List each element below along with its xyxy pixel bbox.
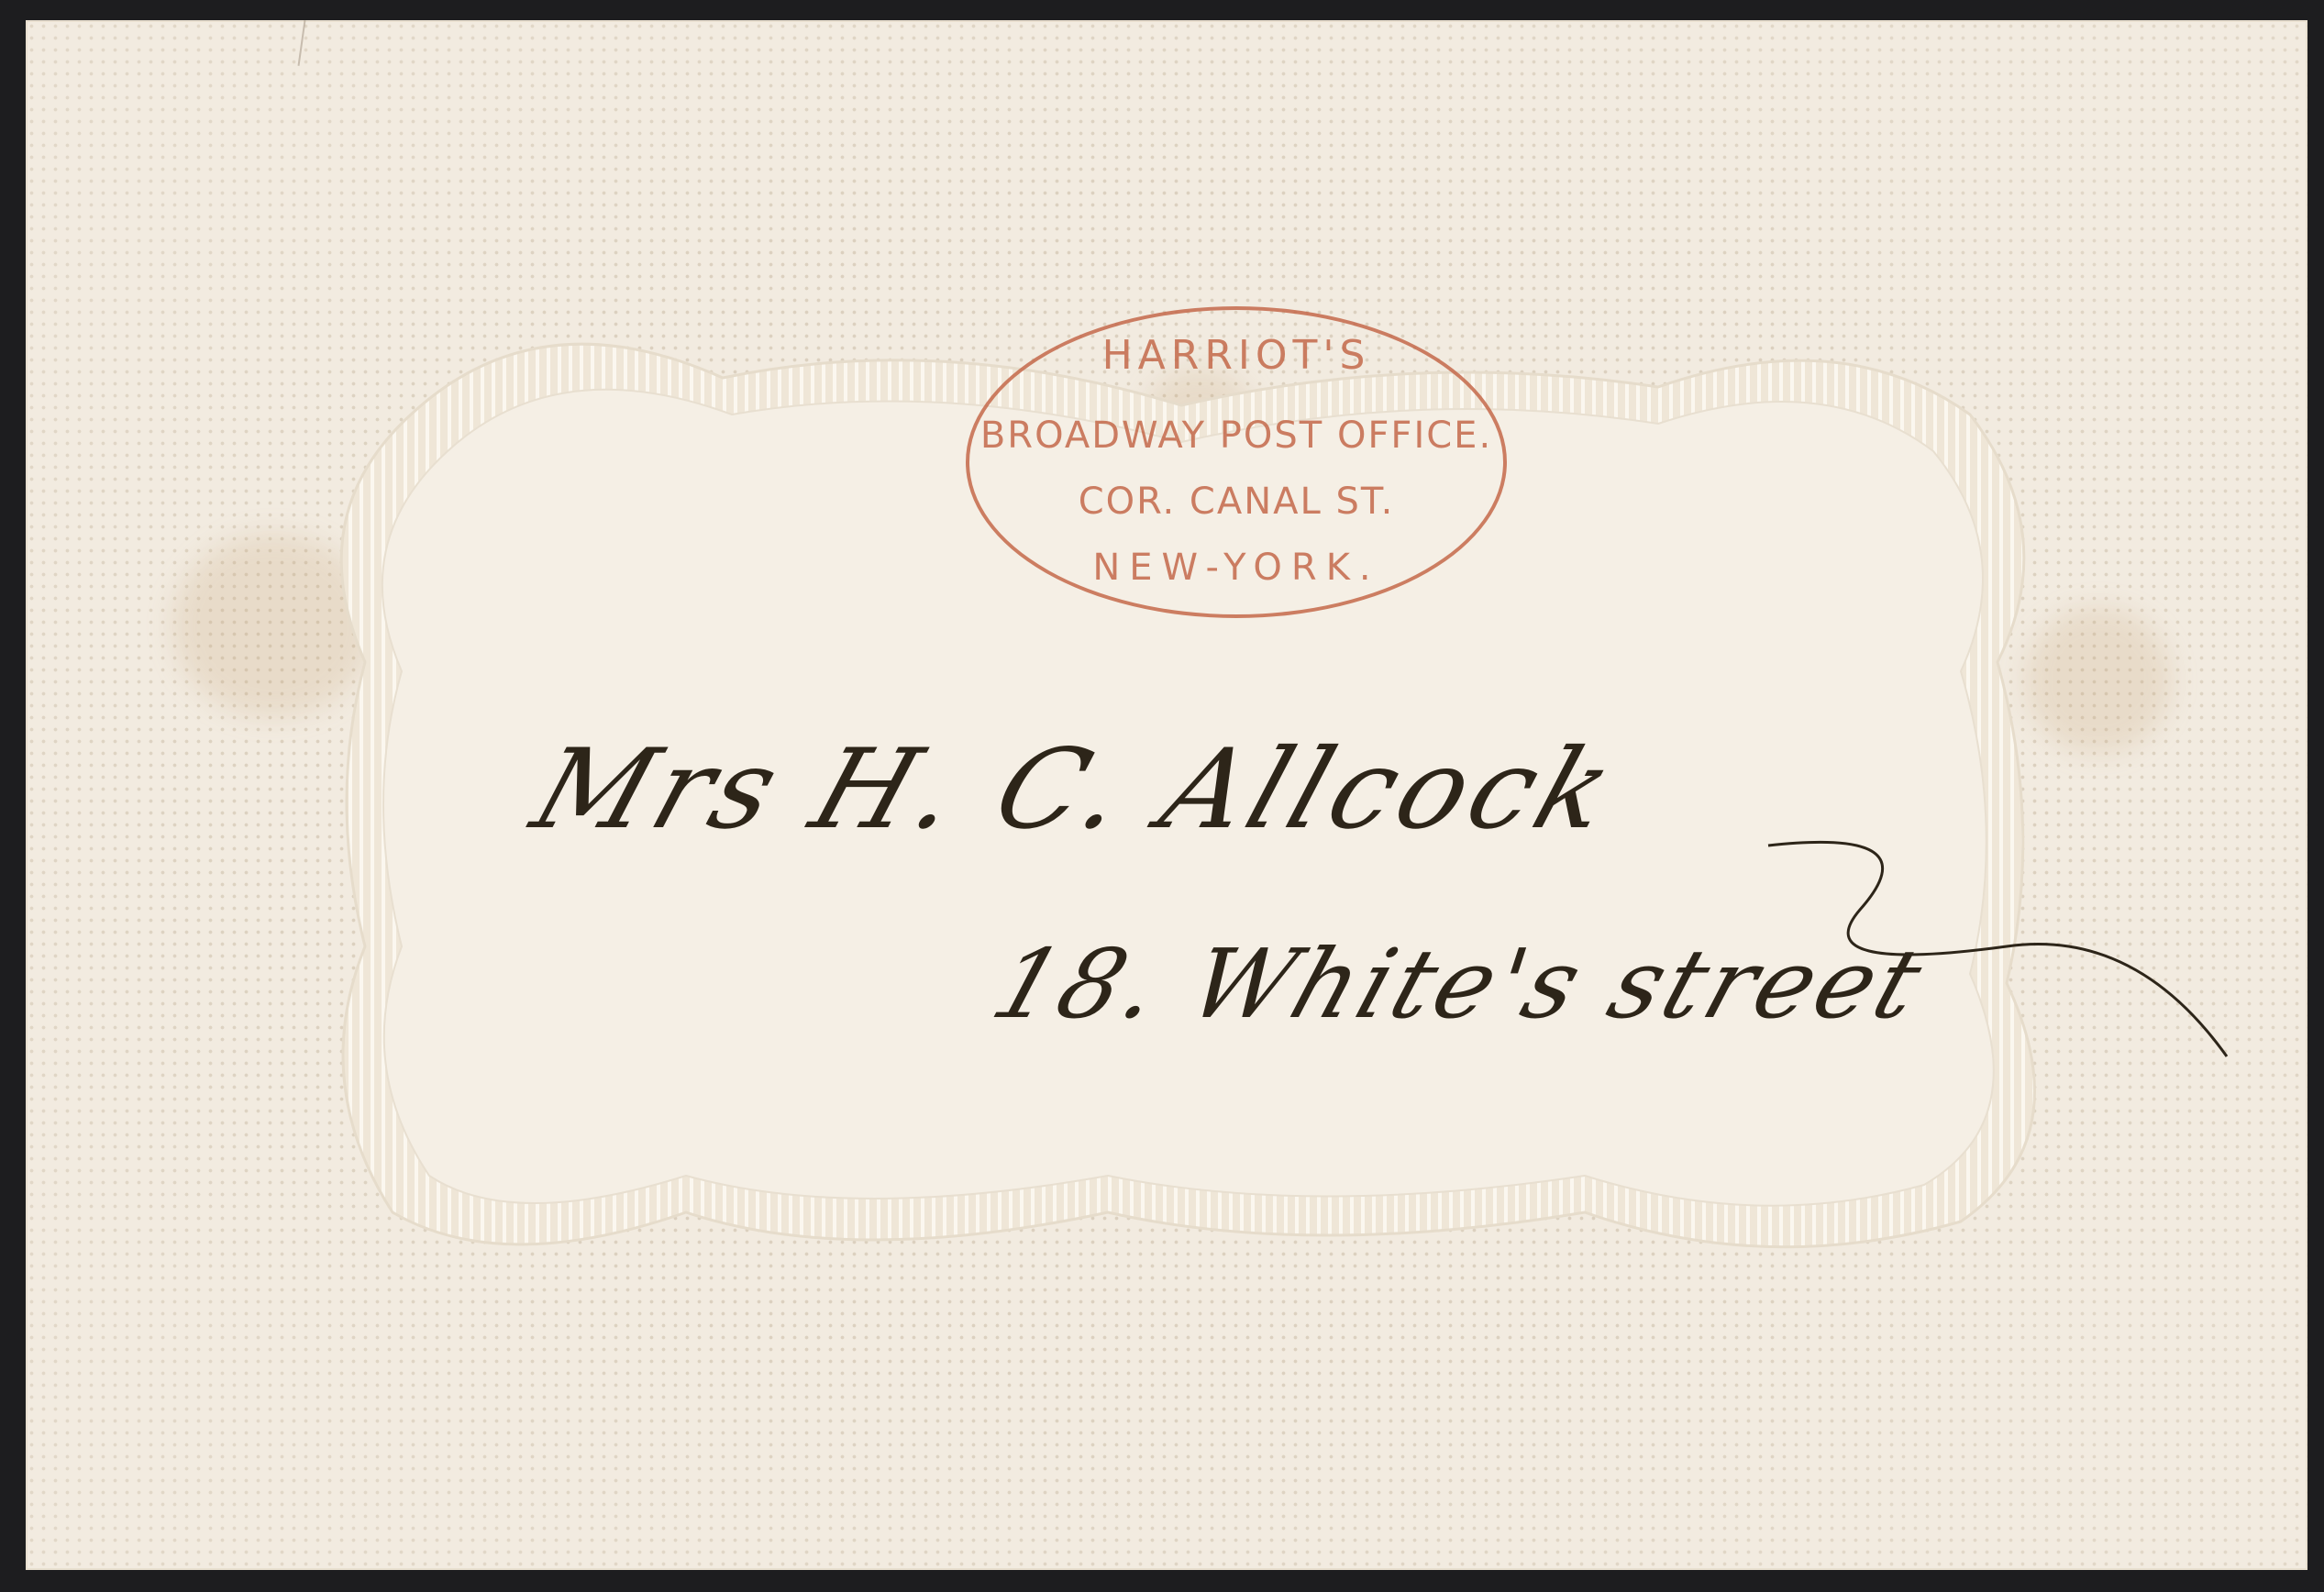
envelope: HARRIOT'S BROADWAY POST OFFICE. COR. CAN… [26, 20, 2307, 1570]
postmark-line-2: COR. CANAL ST. [966, 481, 1507, 523]
pen-flourish [1750, 809, 2263, 1084]
postmark-top-text: HARRIOT'S [966, 332, 1507, 379]
postmark: HARRIOT'S BROADWAY POST OFFICE. COR. CAN… [966, 306, 1507, 618]
postmark-bottom-text: NEW-YORK. [966, 547, 1507, 589]
address-line-1: Mrs H. C. Allcock [518, 726, 1632, 854]
postmark-line-1: BROADWAY POST OFFICE. [966, 415, 1507, 457]
